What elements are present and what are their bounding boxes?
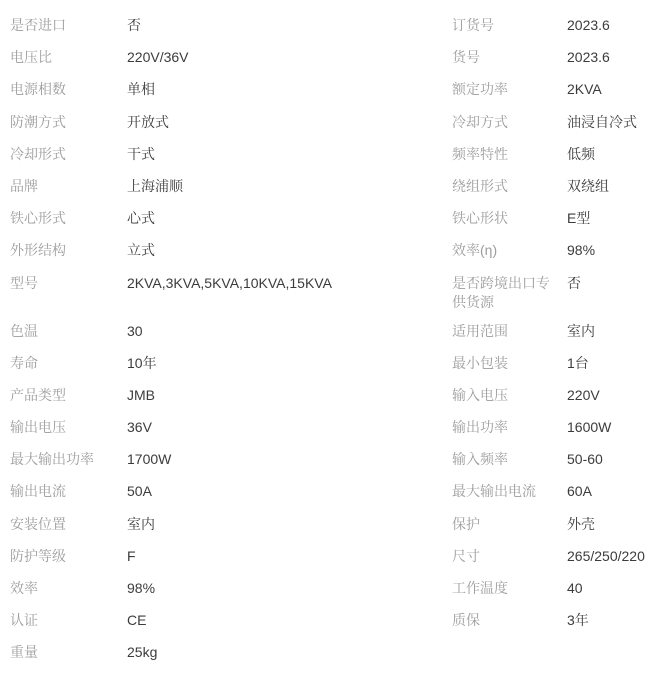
spec-value: 低频 — [567, 145, 595, 164]
spec-row: 铁心形式心式铁心形状E型 — [10, 209, 668, 241]
spec-cell-left: 铁心形式心式 — [10, 209, 452, 228]
spec-cell-left: 寿命10年 — [10, 354, 452, 373]
spec-label: 是否进口 — [10, 16, 117, 35]
spec-row: 认证CE质保3年 — [10, 611, 668, 643]
spec-cell-left: 安装位置室内 — [10, 515, 452, 534]
spec-value: 单相 — [127, 80, 155, 99]
spec-value: 否 — [127, 16, 141, 35]
spec-cell-right: 质保3年 — [452, 611, 668, 630]
spec-row: 色温30适用范围室内 — [10, 322, 668, 354]
spec-label: 输入频率 — [452, 450, 557, 469]
spec-label: 尺寸 — [452, 547, 557, 566]
spec-label: 货号 — [452, 48, 557, 67]
spec-label: 输入电压 — [452, 386, 557, 405]
spec-cell-left: 输出电压36V — [10, 418, 452, 437]
spec-value: 开放式 — [127, 113, 169, 132]
spec-label: 适用范围 — [452, 322, 557, 341]
spec-cell-left: 输出电流50A — [10, 482, 452, 501]
spec-row: 重量25kg — [10, 643, 668, 675]
spec-value: 外壳 — [567, 515, 595, 534]
spec-cell-left: 冷却形式干式 — [10, 145, 452, 164]
spec-value: 98% — [127, 579, 155, 598]
spec-cell-right: 尺寸265/250/220 — [452, 547, 668, 566]
spec-label: 最大输出功率 — [10, 450, 117, 469]
spec-cell-left: 重量25kg — [10, 643, 452, 662]
spec-cell-right: 适用范围室内 — [452, 322, 668, 341]
spec-value: 40 — [567, 579, 583, 598]
spec-label: 效率 — [10, 579, 117, 598]
spec-value: 干式 — [127, 145, 155, 164]
spec-cell-right: 最大输出电流60A — [452, 482, 668, 501]
spec-cell-left: 电源相数单相 — [10, 80, 452, 99]
spec-label: 安装位置 — [10, 515, 117, 534]
spec-cell-left: 最大输出功率1700W — [10, 450, 452, 469]
spec-value: 3年 — [567, 611, 589, 630]
spec-cell-left: 色温30 — [10, 322, 452, 341]
spec-value: 双绕组 — [567, 177, 609, 196]
spec-cell-right: 输出功率1600W — [452, 418, 668, 437]
spec-label: 认证 — [10, 611, 117, 630]
spec-value: E型 — [567, 209, 590, 228]
spec-value: 上海浦顺 — [127, 177, 183, 196]
spec-value: 36V — [127, 418, 152, 437]
spec-cell-right: 铁心形状E型 — [452, 209, 668, 228]
spec-row: 寿命10年最小包装1台 — [10, 354, 668, 386]
spec-label: 输出功率 — [452, 418, 557, 437]
spec-value: 98% — [567, 241, 595, 260]
spec-row: 外形结构立式效率(η)98% — [10, 241, 668, 273]
spec-label: 电源相数 — [10, 80, 117, 99]
spec-row: 输出电流50A最大输出电流60A — [10, 482, 668, 514]
spec-cell-left: 产品类型JMB — [10, 386, 452, 405]
spec-row: 品牌上海浦顺绕组形式双绕组 — [10, 177, 668, 209]
spec-label: 色温 — [10, 322, 117, 341]
spec-label: 外形结构 — [10, 241, 117, 260]
spec-cell-right: 货号2023.6 — [452, 48, 668, 67]
spec-label: 型号 — [10, 274, 117, 293]
spec-value: 2KVA — [567, 80, 602, 99]
spec-cell-left: 效率98% — [10, 579, 452, 598]
spec-value: 50A — [127, 482, 152, 501]
spec-value: CE — [127, 611, 146, 630]
spec-label: 品牌 — [10, 177, 117, 196]
spec-value: 220V — [567, 386, 600, 405]
spec-label: 绕组形式 — [452, 177, 557, 196]
spec-label: 保护 — [452, 515, 557, 534]
spec-value: 1台 — [567, 354, 589, 373]
spec-value: 1600W — [567, 418, 611, 437]
spec-cell-left: 电压比220V/36V — [10, 48, 452, 67]
spec-row: 最大输出功率1700W输入频率50-60 — [10, 450, 668, 482]
spec-value: 50-60 — [567, 450, 603, 469]
spec-cell-left: 防潮方式开放式 — [10, 113, 452, 132]
spec-value: 2023.6 — [567, 48, 610, 67]
spec-label: 防护等级 — [10, 547, 117, 566]
spec-row: 效率98%工作温度40 — [10, 579, 668, 611]
spec-label: 最小包装 — [452, 354, 557, 373]
spec-value: 心式 — [127, 209, 155, 228]
spec-label: 是否跨境出口专供货源 — [452, 274, 557, 312]
spec-cell-left: 是否进口否 — [10, 16, 452, 35]
spec-label: 输出电压 — [10, 418, 117, 437]
spec-label: 最大输出电流 — [452, 482, 557, 501]
spec-label: 额定功率 — [452, 80, 557, 99]
spec-table: 是否进口否订货号2023.6电压比220V/36V货号2023.6电源相数单相额… — [0, 0, 668, 675]
spec-value: 30 — [127, 322, 143, 341]
spec-value: 265/250/220 — [567, 547, 645, 566]
spec-row: 冷却形式干式频率特性低频 — [10, 145, 668, 177]
spec-label: 工作温度 — [452, 579, 557, 598]
spec-value: F — [127, 547, 136, 566]
spec-label: 产品类型 — [10, 386, 117, 405]
spec-label: 铁心形式 — [10, 209, 117, 228]
spec-label: 输出电流 — [10, 482, 117, 501]
spec-cell-left: 品牌上海浦顺 — [10, 177, 452, 196]
spec-cell-left: 防护等级F — [10, 547, 452, 566]
spec-label: 寿命 — [10, 354, 117, 373]
spec-row: 是否进口否订货号2023.6 — [10, 16, 668, 48]
spec-row: 电源相数单相额定功率2KVA — [10, 80, 668, 112]
spec-value: 1700W — [127, 450, 171, 469]
spec-row: 产品类型JMB输入电压220V — [10, 386, 668, 418]
spec-label: 重量 — [10, 643, 117, 662]
spec-row: 防护等级F尺寸265/250/220 — [10, 547, 668, 579]
spec-row: 型号2KVA,3KVA,5KVA,10KVA,15KVA是否跨境出口专供货源否 — [10, 274, 668, 322]
spec-cell-right: 输入频率50-60 — [452, 450, 668, 469]
spec-cell-left: 认证CE — [10, 611, 452, 630]
spec-value: 2023.6 — [567, 16, 610, 35]
spec-value: 立式 — [127, 241, 155, 260]
spec-cell-right: 最小包装1台 — [452, 354, 668, 373]
spec-cell-right: 保护外壳 — [452, 515, 668, 534]
spec-value: 60A — [567, 482, 592, 501]
spec-cell-right: 是否跨境出口专供货源否 — [452, 274, 668, 312]
spec-cell-right: 额定功率2KVA — [452, 80, 668, 99]
spec-label: 电压比 — [10, 48, 117, 67]
spec-value: 室内 — [127, 515, 155, 534]
spec-cell-right: 工作温度40 — [452, 579, 668, 598]
spec-value: JMB — [127, 386, 155, 405]
spec-value: 10年 — [127, 354, 157, 373]
spec-cell-right: 订货号2023.6 — [452, 16, 668, 35]
spec-row: 防潮方式开放式冷却方式油浸自冷式 — [10, 113, 668, 145]
spec-cell-right: 冷却方式油浸自冷式 — [452, 113, 668, 132]
spec-label: 铁心形状 — [452, 209, 557, 228]
spec-cell-right: 频率特性低频 — [452, 145, 668, 164]
spec-cell-right: 效率(η)98% — [452, 241, 668, 260]
spec-value: 25kg — [127, 643, 157, 662]
spec-cell-right: 绕组形式双绕组 — [452, 177, 668, 196]
spec-row: 安装位置室内保护外壳 — [10, 515, 668, 547]
spec-label: 频率特性 — [452, 145, 557, 164]
spec-cell-left: 外形结构立式 — [10, 241, 452, 260]
spec-label: 订货号 — [452, 16, 557, 35]
spec-label: 防潮方式 — [10, 113, 117, 132]
spec-row: 输出电压36V输出功率1600W — [10, 418, 668, 450]
spec-cell-left: 型号2KVA,3KVA,5KVA,10KVA,15KVA — [10, 274, 452, 293]
spec-value: 室内 — [567, 322, 595, 341]
spec-row: 电压比220V/36V货号2023.6 — [10, 48, 668, 80]
spec-value: 油浸自冷式 — [567, 113, 637, 132]
spec-label: 冷却形式 — [10, 145, 117, 164]
spec-label: 效率(η) — [452, 241, 557, 260]
spec-label: 质保 — [452, 611, 557, 630]
spec-value: 否 — [567, 274, 581, 293]
spec-cell-right: 输入电压220V — [452, 386, 668, 405]
spec-value: 2KVA,3KVA,5KVA,10KVA,15KVA — [127, 274, 332, 293]
spec-label: 冷却方式 — [452, 113, 557, 132]
spec-value: 220V/36V — [127, 48, 189, 67]
